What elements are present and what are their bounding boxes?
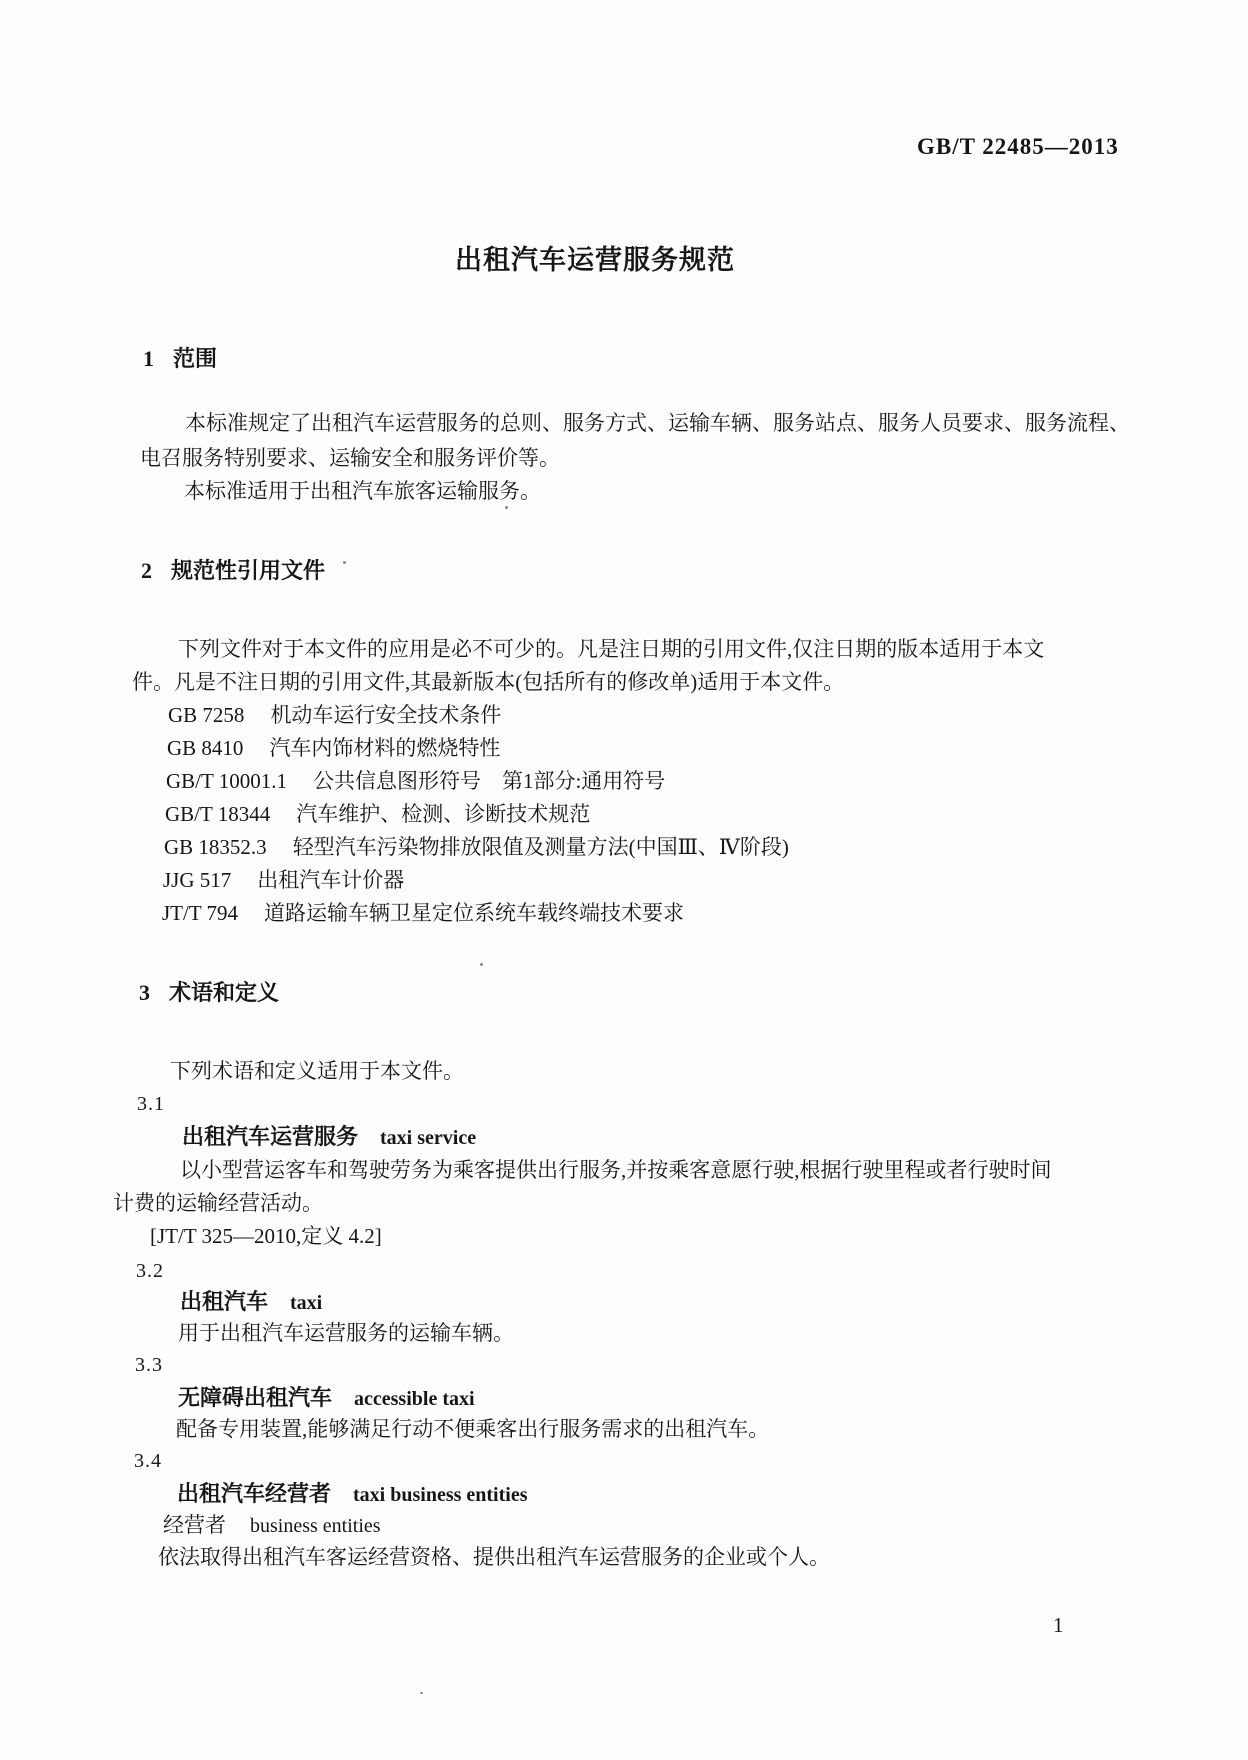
- term-en: taxi service: [380, 1127, 476, 1149]
- synonym-zh: 经营者: [163, 1513, 226, 1537]
- page-number: 1: [1053, 1613, 1064, 1638]
- references-intro-line: 下列文件对于本文件的应用是必不可少的。凡是注日期的引用文件,仅注日期的版本适用于…: [178, 637, 1044, 662]
- reference-item: JT/T 794道路运输车辆卫星定位系统车载终端技术要求: [162, 901, 684, 926]
- term-definition-line: 配备专用装置,能够满足行动不便乘客出行服务需求的出租汽车。: [176, 1417, 769, 1442]
- standard-code: GB/T 22485—2013: [917, 134, 1119, 160]
- reference-name: 汽车内饰材料的燃烧特性: [269, 736, 500, 760]
- reference-name: 轻型汽车污染物排放限值及测量方法(中国Ⅲ、Ⅳ阶段): [293, 835, 789, 859]
- reference-name: 公共信息图形符号 第1部分:通用符号: [313, 769, 665, 793]
- section-heading-normative-references: 2规范性引用文件: [141, 558, 325, 584]
- document-page: GB/T 22485—2013 出租汽车运营服务规范 1范围 本标准规定了出租汽…: [0, 0, 1248, 1760]
- term-synonym: 经营者business entities: [163, 1513, 381, 1538]
- term-zh: 出租汽车经营者: [177, 1481, 331, 1506]
- terms-intro: 下列术语和定义适用于本文件。: [170, 1059, 464, 1084]
- reference-item: JJG 517出租汽车计价器: [163, 868, 404, 893]
- reference-item: GB 18352.3轻型汽车污染物排放限值及测量方法(中国Ⅲ、Ⅳ阶段): [164, 835, 789, 860]
- term-en: taxi: [290, 1292, 322, 1314]
- term-zh: 无障碍出租汽车: [178, 1385, 332, 1410]
- term-definition-line: 以小型营运客车和驾驶劳务为乘客提供出行服务,并按乘客意愿行驶,根据行驶里程或者行…: [180, 1158, 1052, 1183]
- section-number: 1: [143, 346, 173, 372]
- reference-item: GB 8410汽车内饰材料的燃烧特性: [167, 736, 500, 761]
- term-number: 3.2: [136, 1259, 164, 1283]
- term-entry: 出租汽车运营服务taxi service: [182, 1124, 476, 1150]
- term-definition-line: 依法取得出租汽车客运经营资格、提供出租汽车运营服务的企业或个人。: [158, 1545, 830, 1570]
- scan-speck: [505, 506, 508, 509]
- section-number: 3: [139, 980, 169, 1006]
- reference-name: 机动车运行安全技术条件: [270, 703, 501, 727]
- section-title: 术语和定义: [169, 980, 279, 1005]
- reference-item: GB/T 10001.1公共信息图形符号 第1部分:通用符号: [166, 769, 665, 794]
- term-entry: 无障碍出租汽车accessible taxi: [178, 1385, 475, 1411]
- document-title: 出租汽车运营服务规范: [455, 238, 735, 277]
- reference-code: GB 18352.3: [164, 835, 267, 859]
- scan-speck: [420, 1692, 423, 1694]
- reference-item: GB 7258机动车运行安全技术条件: [168, 703, 501, 728]
- term-en: taxi business entities: [353, 1484, 527, 1506]
- term-definition-line: 用于出租汽车运营服务的运输车辆。: [178, 1321, 514, 1346]
- section-number: 2: [141, 558, 171, 584]
- term-number: 3.1: [137, 1092, 165, 1116]
- scope-paragraph-line: 本标准适用于出租汽车旅客运输服务。: [184, 479, 541, 504]
- reference-name: 道路运输车辆卫星定位系统车载终端技术要求: [264, 901, 684, 925]
- scan-speck: [315, 572, 317, 574]
- scope-paragraph-line: 电召服务特别要求、运输安全和服务评价等。: [140, 446, 560, 471]
- scope-paragraph-line: 本标准规定了出租汽车运营服务的总则、服务方式、运输车辆、服务站点、服务人员要求、…: [185, 411, 1130, 436]
- term-entry: 出租汽车taxi: [180, 1289, 322, 1315]
- section-heading-terms: 3术语和定义: [139, 980, 279, 1006]
- reference-item: GB/T 18344汽车维护、检测、诊断技术规范: [165, 802, 590, 827]
- term-source: [JT/T 325—2010,定义 4.2]: [150, 1224, 382, 1249]
- term-en: accessible taxi: [354, 1388, 475, 1410]
- section-title: 规范性引用文件: [171, 558, 325, 583]
- section-heading-scope: 1范围: [143, 346, 217, 372]
- term-definition-line: 计费的运输经营活动。: [113, 1191, 323, 1216]
- reference-code: GB 7258: [168, 703, 244, 727]
- scan-speck: [480, 963, 483, 966]
- reference-code: JT/T 794: [162, 901, 238, 925]
- term-entry: 出租汽车经营者taxi business entities: [177, 1481, 527, 1507]
- term-number: 3.4: [134, 1449, 162, 1473]
- references-intro-line: 件。凡是不注日期的引用文件,其最新版本(包括所有的修改单)适用于本文件。: [132, 670, 844, 695]
- section-title: 范围: [173, 346, 217, 371]
- term-zh: 出租汽车运营服务: [182, 1124, 358, 1149]
- reference-code: JJG 517: [163, 868, 231, 892]
- reference-name: 汽车维护、检测、诊断技术规范: [296, 802, 590, 826]
- synonym-en: business entities: [250, 1515, 381, 1537]
- reference-name: 出租汽车计价器: [257, 868, 404, 892]
- reference-code: GB/T 10001.1: [166, 769, 287, 793]
- scan-speck: [343, 561, 346, 564]
- reference-code: GB/T 18344: [165, 802, 270, 826]
- reference-code: GB 8410: [167, 736, 243, 760]
- term-number: 3.3: [135, 1353, 163, 1377]
- term-zh: 出租汽车: [180, 1289, 268, 1314]
